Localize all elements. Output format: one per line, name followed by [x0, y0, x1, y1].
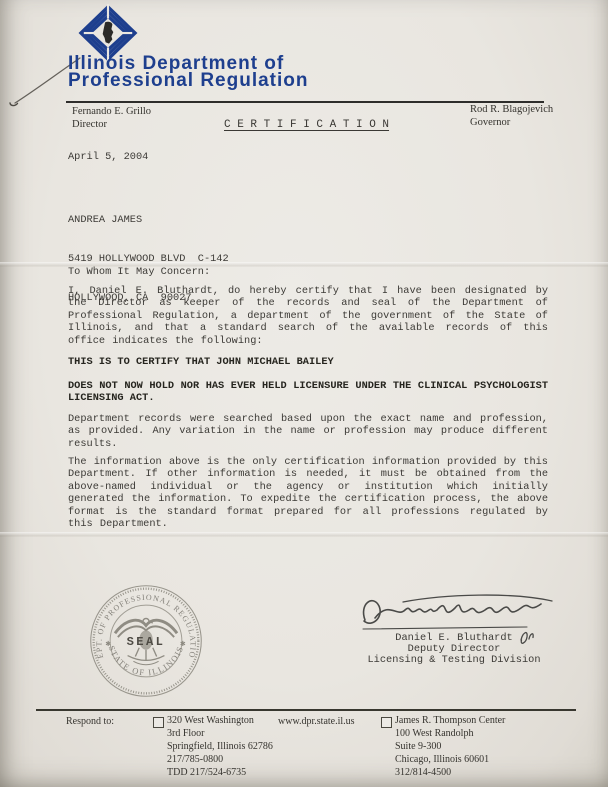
certify-statement: THIS IS TO CERTIFY THAT JOHN MICHAEL BAI… [68, 356, 548, 368]
governor-name: Rod R. Blagojevich [470, 104, 553, 117]
springfield-address: 320 West Washington 3rd Floor Springfiel… [167, 714, 273, 779]
governor-title: Governor [470, 117, 553, 130]
signer-division: Licensing & Testing Division [342, 655, 566, 666]
illinois-state-silhouette [103, 22, 114, 44]
recipient-name: ANDREA JAMES [68, 214, 229, 227]
footer-rule [36, 709, 576, 711]
chicago-address: James R. Thompson Center 100 West Randol… [395, 714, 505, 779]
seal-star-right: ✱ [180, 640, 186, 648]
director-name: Fernando E. Grillo [72, 106, 151, 119]
director-block: Fernando E. Grillo Director [72, 106, 151, 131]
springfield-tdd: TDD 217/524-6735 [167, 766, 273, 779]
signature-block: Daniel E. Bluthardt Deputy Director Lice… [342, 633, 566, 666]
body-paragraph-2: Department records were searched based u… [68, 413, 548, 450]
chicago-line4: Chicago, Illinois 60601 [395, 753, 505, 766]
header-rule [66, 101, 544, 103]
letter-date: April 5, 2004 [68, 151, 148, 163]
governor-block: Rod R. Blagojevich Governor [470, 104, 553, 129]
licensure-finding: DOES NOT NOW HOLD NOR HAS EVER HELD LICE… [68, 380, 548, 405]
fold-crease-top [0, 262, 608, 267]
chicago-line1: James R. Thompson Center [395, 714, 505, 727]
salutation: To Whom It May Concern: [68, 266, 210, 278]
springfield-line1: 320 West Washington [167, 714, 273, 727]
agency-title: Illinois Department of Professional Regu… [68, 56, 308, 89]
agency-title-line2: Professional Regulation [68, 73, 308, 90]
springfield-line3: Springfield, Illinois 62786 [167, 740, 273, 753]
chicago-line3: Suite 9-300 [395, 740, 505, 753]
chicago-line2: 100 West Randolph [395, 727, 505, 740]
body-paragraph-1: I, Daniel E. Bluthardt, do hereby certif… [68, 285, 548, 347]
seal-star-left: ✱ [105, 640, 111, 648]
springfield-line2: 3rd Floor [167, 727, 273, 740]
website-url: www.dpr.state.il.us [278, 715, 355, 728]
springfield-phone: 217/785-0800 [167, 753, 273, 766]
document-type-heading: C E R T I F I C A T I O N [224, 119, 389, 131]
fold-crease-bottom [0, 532, 608, 537]
seal-center-text: SEAL [127, 635, 166, 649]
springfield-checkbox-icon [153, 717, 164, 728]
chicago-checkbox-icon [381, 717, 392, 728]
chicago-phone: 312/814-4500 [395, 766, 505, 779]
director-title: Director [72, 119, 151, 132]
respond-to-label: Respond to: [66, 715, 114, 728]
state-seal-icon: DEPT. OF PROFESSIONAL REGULATION STATE O… [83, 578, 209, 704]
scanned-certification-letter: Illinois Department of Professional Regu… [0, 0, 608, 787]
body-paragraph-3: The information above is the only certif… [68, 456, 548, 530]
